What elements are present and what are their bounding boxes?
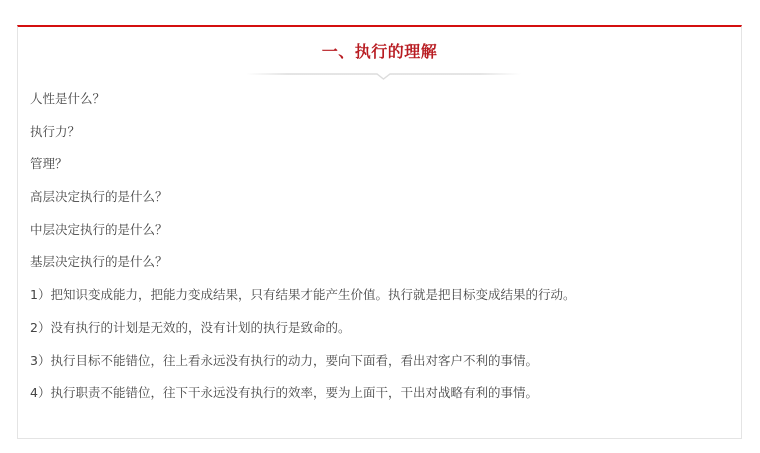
question-line: 中层决定执行的是什么？: [30, 218, 731, 251]
point-line: 4）执行职责不能错位，往下干永远没有执行的效率，要为上面干，干出对战略有利的事情…: [30, 381, 731, 414]
point-line: 3）执行目标不能错位，往上看永远没有执行的动力，要向下面看，看出对客户不利的事情…: [30, 349, 731, 382]
question-line: 基层决定执行的是什么？: [30, 250, 731, 283]
title-divider: [246, 72, 521, 80]
point-line: 2）没有执行的计划是无效的，没有计划的执行是致命的。: [30, 316, 731, 349]
question-line: 人性是什么？: [30, 87, 731, 120]
article-section-card: 一、执行的理解 人性是什么？ 执行力？ 管理？ 高层决定执行的是什么？ 中层决定…: [17, 25, 742, 439]
article-body: 人性是什么？ 执行力？ 管理？ 高层决定执行的是什么？ 中层决定执行的是什么？ …: [30, 87, 731, 414]
question-line: 执行力？: [30, 120, 731, 153]
question-line: 高层决定执行的是什么？: [30, 185, 731, 218]
question-line: 管理？: [30, 152, 731, 185]
point-line: 1）把知识变成能力，把能力变成结果，只有结果才能产生价值。执行就是把目标变成结果…: [30, 283, 731, 316]
section-title: 一、执行的理解: [18, 39, 741, 62]
divider-notch-icon: [246, 72, 521, 80]
